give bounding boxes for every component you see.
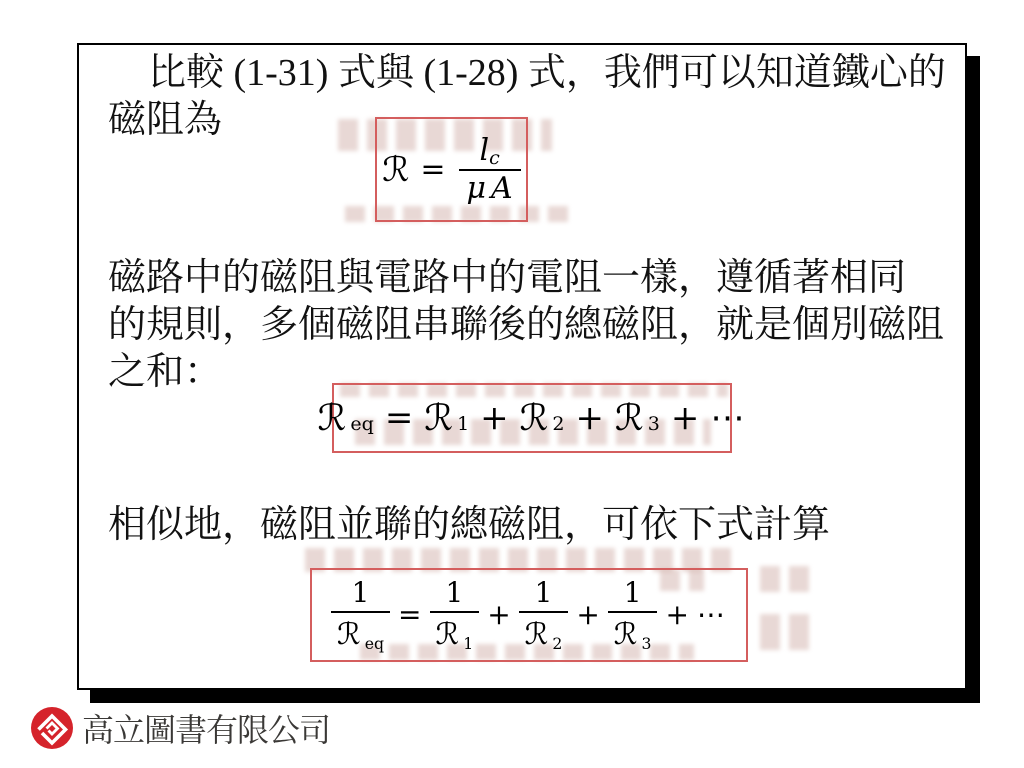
script-R-symbol: ℛ: [615, 398, 644, 439]
formula-parallel-reluctance: 1 ℛeq = 1 ℛ1 + 1 ℛ2 + 1 ℛ3 +: [331, 579, 727, 651]
fraction: lc μA: [459, 136, 521, 204]
numerator-1: 1: [348, 579, 374, 611]
denominator-A: A: [491, 171, 513, 206]
text-line: 的規則，多個磁阻串聯後的總磁阻，就是個別磁阻: [108, 302, 944, 349]
plus-sign: +: [665, 598, 688, 631]
text-line: 相似地，磁阻並聯的總磁阻，可依下式計算: [108, 502, 830, 549]
fraction: 1 ℛ1: [430, 579, 480, 651]
plus-sign: +: [487, 598, 510, 631]
publisher-logo-icon: [31, 707, 73, 749]
subscript-3: 3: [641, 634, 651, 653]
publisher-logo: 高立圖書有限公司: [31, 705, 330, 751]
script-R-symbol: ℛ: [318, 398, 347, 439]
plus-sign: +: [576, 398, 605, 438]
numerator-1: 1: [620, 579, 646, 611]
script-R-symbol: ℛ: [382, 150, 409, 190]
page-background: 比較 (1-31) 式與 (1-28) 式，我們可以知道鐵心的 磁阻為 ℛ = …: [0, 0, 1024, 768]
equals-sign: =: [398, 598, 421, 631]
subscript-2: 2: [552, 634, 562, 653]
script-R-symbol: ℛ: [520, 398, 549, 439]
subscript-1: 1: [457, 413, 469, 435]
equals-sign: =: [420, 152, 445, 187]
subscript-c: c: [489, 147, 500, 169]
subscript-eq: eq: [350, 413, 373, 435]
formula-reluctance-definition: ℛ = lc μA: [382, 136, 520, 204]
subscript-2: 2: [552, 413, 564, 435]
plus-sign: +: [671, 398, 700, 438]
slide-canvas: 比較 (1-31) 式與 (1-28) 式，我們可以知道鐵心的 磁阻為 ℛ = …: [77, 43, 967, 690]
fraction: 1 ℛeq: [331, 579, 390, 651]
ellipsis: ⋯: [710, 398, 746, 438]
denominator-mu: μ: [467, 171, 487, 206]
numerator-1: 1: [441, 579, 467, 611]
script-R-symbol: ℛ: [436, 616, 460, 651]
script-R-symbol: ℛ: [424, 398, 453, 439]
plus-sign: +: [480, 398, 509, 438]
formula-series-reluctance: ℛeq = ℛ1 + ℛ2 + ℛ3 + ⋯: [318, 398, 747, 439]
formula-box-reluctance-definition: ℛ = lc μA: [375, 117, 528, 222]
publisher-name: 高立圖書有限公司: [82, 705, 330, 751]
text-line: 磁路中的磁阻與電路中的電阻一樣，遵循著相同: [108, 255, 944, 302]
formula-box-parallel-reluctance: 1 ℛeq = 1 ℛ1 + 1 ℛ2 + 1 ℛ3 +: [310, 568, 748, 662]
script-R-symbol: ℛ: [525, 616, 549, 651]
fraction: 1 ℛ2: [519, 579, 569, 651]
formula-box-series-reluctance: ℛeq = ℛ1 + ℛ2 + ℛ3 + ⋯: [332, 383, 732, 453]
fraction: 1 ℛ3: [608, 579, 658, 651]
script-R-symbol: ℛ: [614, 616, 638, 651]
subscript-eq: eq: [365, 634, 384, 653]
paragraph-parallel-rule: 相似地，磁阻並聯的總磁阻，可依下式計算: [108, 502, 830, 549]
subscript-3: 3: [648, 413, 660, 435]
ghost-bleed: [760, 614, 812, 650]
paragraph-series-rule: 磁路中的磁阻與電路中的電阻一樣，遵循著相同 的規則，多個磁阻串聯後的總磁阻，就是…: [108, 255, 944, 396]
plus-sign: +: [576, 598, 599, 631]
script-R-symbol: ℛ: [337, 616, 361, 651]
subscript-1: 1: [463, 634, 473, 653]
equals-sign: =: [385, 398, 414, 438]
text-line: 比較 (1-31) 式與 (1-28) 式，我們可以知道鐵心的: [108, 50, 946, 97]
numerator-l: l: [480, 133, 490, 168]
numerator-1: 1: [531, 579, 557, 611]
ghost-bleed: [760, 566, 812, 592]
ellipsis: ⋯: [697, 598, 727, 631]
